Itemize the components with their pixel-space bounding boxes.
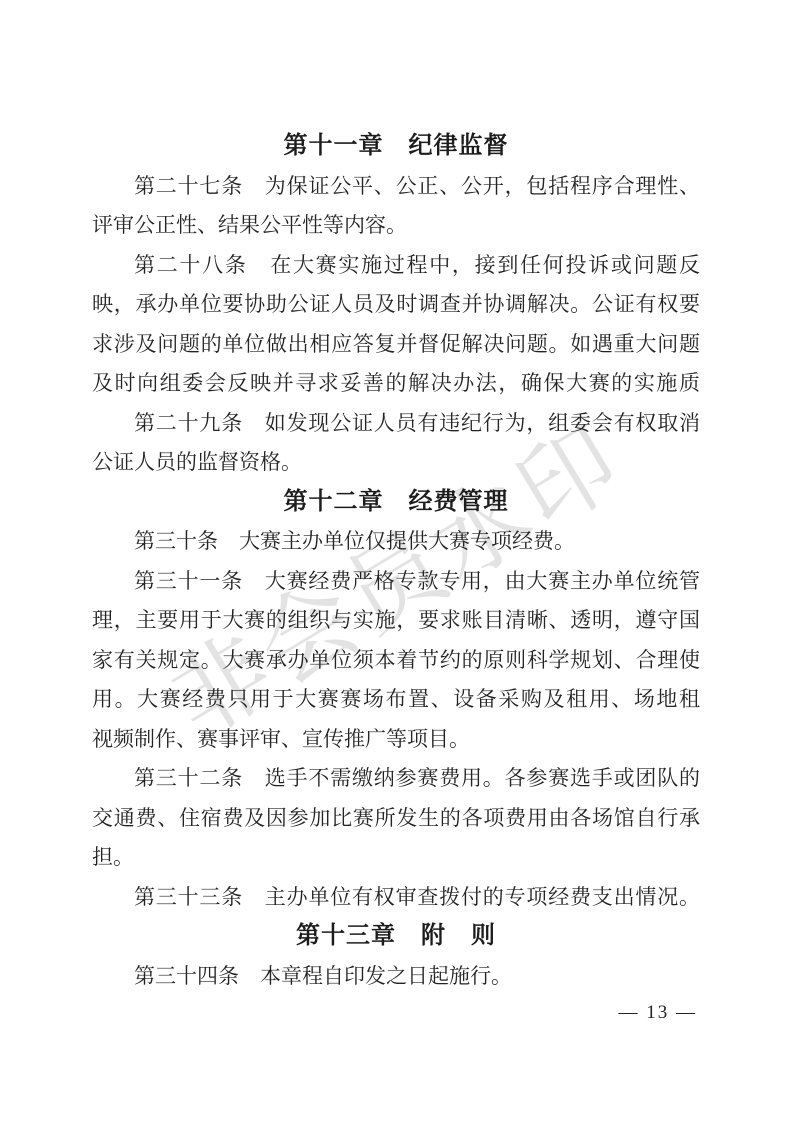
chapter-heading: 第十一章 纪律监督 xyxy=(92,127,700,167)
paragraph-line: 第三十条 大赛主办单位仅提供大赛专项经费。 xyxy=(92,522,700,562)
paragraph-line: 第三十四条 本章程自印发之日起施行。 xyxy=(92,957,700,997)
paragraph-line: 求涉及问题的单位做出相应答复并督促解决问题。如遇重大问题要 xyxy=(92,325,700,365)
paragraph-line: 及时向组委会反映并寻求妥善的解决办法，确保大赛的实施质量。 xyxy=(92,364,700,404)
page-number: — 13 — xyxy=(619,1002,698,1024)
paragraph-line: 第二十七条 为保证公平、公正、公开，包括程序合理性、 xyxy=(92,167,700,207)
paragraph-line: 第三十二条 选手不需缴纳参赛费用。各参赛选手或团队的 xyxy=(92,759,700,799)
paragraph-line: 映，承办单位要协助公证人员及时调查并协调解决。公证有权要 xyxy=(92,285,700,325)
paragraph-line: 家有关规定。大赛承办单位须本着节约的原则科学规划、合理使 xyxy=(92,641,700,681)
paragraph-line: 第二十九条 如发现公证人员有违纪行为，组委会有权取消 xyxy=(92,404,700,444)
paragraph-line: 第二十八条 在大赛实施过程中，接到任何投诉或问题反 xyxy=(92,246,700,286)
paragraph-line: 公证人员的监督资格。 xyxy=(92,443,700,483)
paragraph-line: 担。 xyxy=(92,838,700,878)
paragraph-line: 评审公正性、结果公平性等内容。 xyxy=(92,206,700,246)
document-body: 第十一章 纪律监督 第二十七条 为保证公平、公正、公开，包括程序合理性、 评审公… xyxy=(92,127,700,996)
paragraph-line: 视频制作、赛事评审、宣传推广等项目。 xyxy=(92,720,700,760)
paragraph-line: 理，主要用于大赛的组织与实施，要求账目清晰、透明，遵守国 xyxy=(92,601,700,641)
chapter-heading: 第十二章 经费管理 xyxy=(92,483,700,523)
paragraph-line: 交通费、住宿费及因参加比赛所发生的各项费用由各场馆自行承 xyxy=(92,799,700,839)
paragraph-line: 第三十三条 主办单位有权审查拨付的专项经费支出情况。 xyxy=(92,878,700,918)
paragraph-line: 第三十一条 大赛经费严格专款专用，由大赛主办单位统管 xyxy=(92,562,700,602)
paragraph-line: 用。大赛经费只用于大赛赛场布置、设备采购及租用、场地租赁、 xyxy=(92,680,700,720)
chapter-heading: 第十三章 附 则 xyxy=(92,917,700,957)
